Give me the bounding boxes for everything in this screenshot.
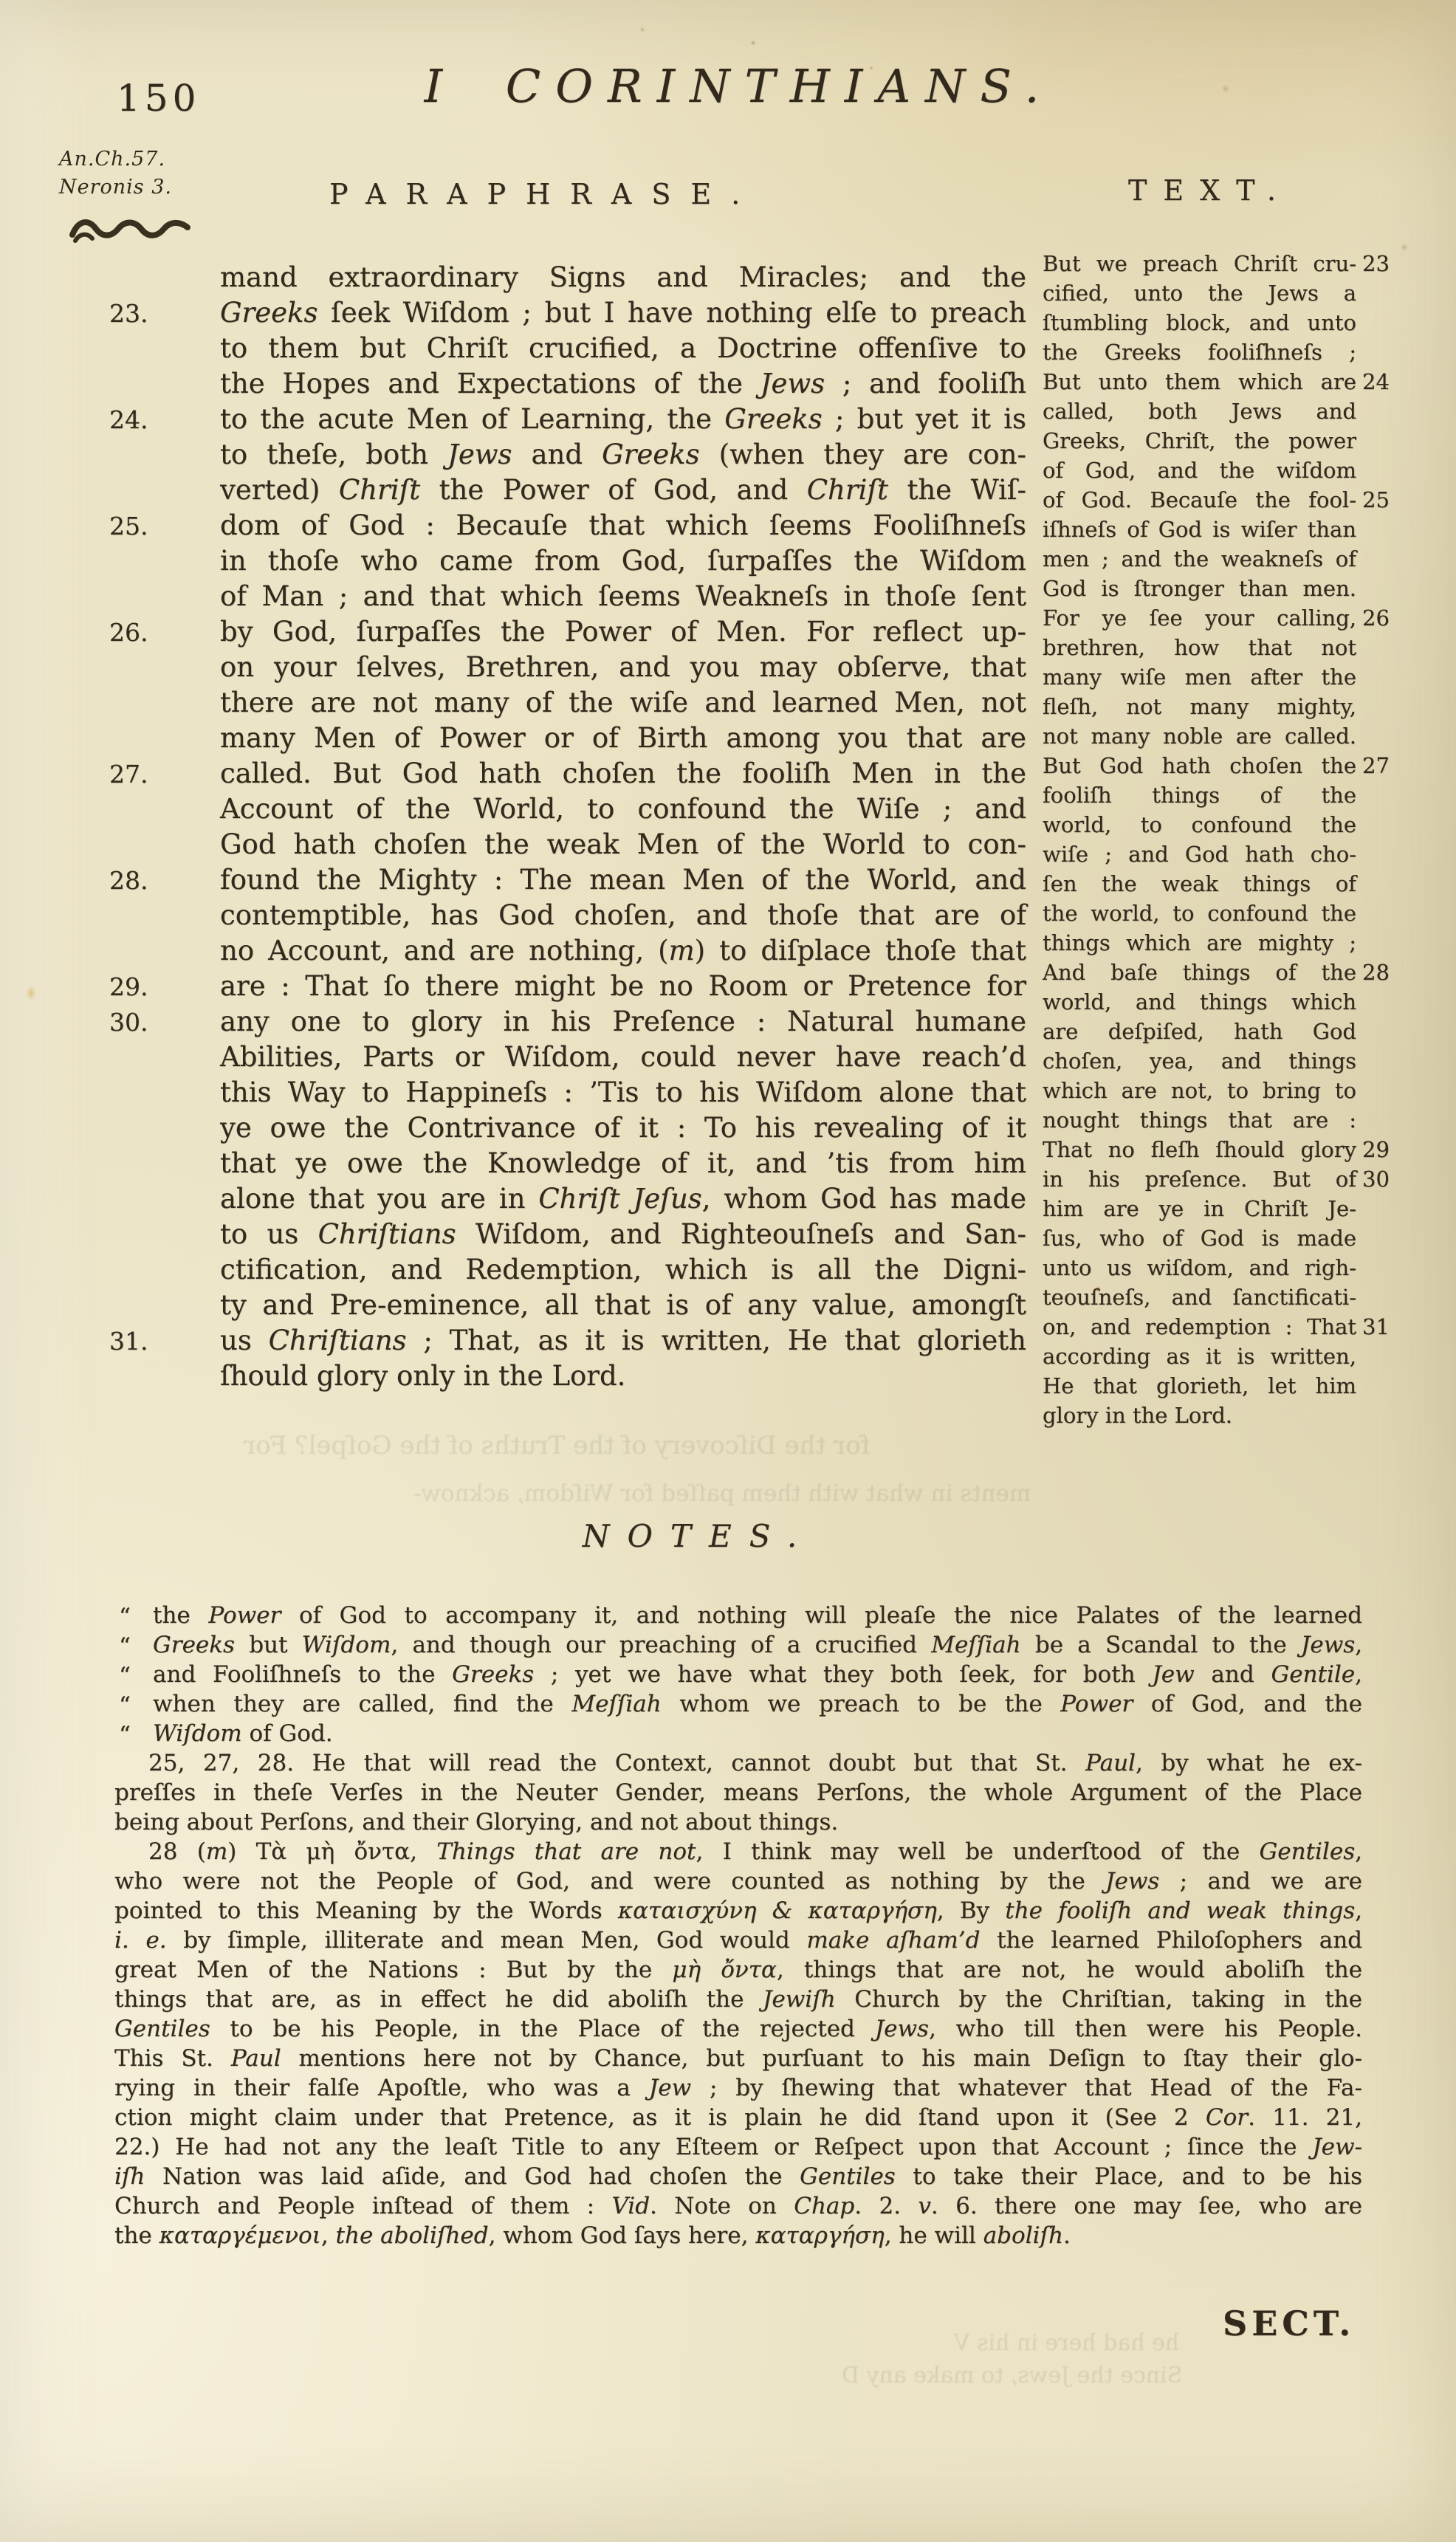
text-line: which are not, to bring to (1043, 1076, 1356, 1105)
verse-number: 28. (109, 863, 173, 899)
verse-number: 27 (1362, 751, 1390, 780)
paraphrase-line: 25.dom of God : Becauſe that which ſeems… (220, 508, 1026, 543)
note-line: preſſes in theſe Verſes in the Neuter Ge… (114, 1778, 1362, 1807)
paraphrase-line: contemptible, has God choſen, and thoſe … (220, 898, 1026, 933)
paraphrase-line: 23.Greeks ſeek Wiſdom ; but I have nothi… (220, 295, 1026, 331)
quote-mark: “ (119, 1661, 131, 1691)
text-line: of God. Becauſe the fool-25 (1043, 485, 1356, 515)
paraphrase-line: verted) Chriſt the Power of God, and Chr… (220, 473, 1026, 508)
paraphrase-line: ye owe the Contrivance of it : To his re… (220, 1110, 1026, 1146)
paraphrase-line: to theſe, both Jews and Greeks (when the… (220, 437, 1026, 473)
running-title: I CORINTHIANS. (22, 59, 1456, 113)
verse-number: 23 (1362, 249, 1390, 278)
paraphrase-line: to us Chriſtians Wiſdom, and Righteouſne… (220, 1217, 1026, 1252)
text-line: many wiſe men after the (1043, 662, 1356, 692)
verse-number: 27. (109, 757, 173, 792)
paraphrase-line: 31.us Chriſtians ; That, as it is writte… (220, 1323, 1026, 1358)
paraphrase-line: ty and Pre-eminence, all that is of any … (220, 1288, 1026, 1323)
text-line: God is ſtronger than men. (1043, 574, 1356, 603)
paraphrase-header: PARAPHRASE. (329, 178, 760, 210)
paraphrase-line: of Man ; and that which ſeems Weakneſs i… (220, 579, 1026, 614)
notes-header: NOTES. (0, 1518, 1397, 1554)
quote-mark: “ (119, 1691, 131, 1720)
note-line: “Greeks but Wiſdom, and though our preac… (153, 1630, 1362, 1660)
book-page: 150 I CORINTHIANS. An.Ch.57. Neronis 3. … (0, 0, 1456, 2542)
paraphrase-line: no Account, and are nothing, (m) to diſp… (220, 933, 1026, 969)
verse-number: 25. (109, 509, 173, 544)
note-line: 25, 27, 28. He that will read the Contex… (114, 1748, 1362, 1778)
paraphrase-line: ctification, and Redemption, which is al… (220, 1252, 1026, 1288)
notes-column: “the Power of God to accompany it, and n… (114, 1601, 1362, 2250)
showthrough-text: Since the Jews, to make any D (842, 2363, 1182, 2388)
paraphrase-line: that ye owe the Knowledge of it, and ’ti… (220, 1146, 1026, 1181)
marginal-date-line-1: An.Ch.57. (59, 148, 165, 171)
verse-number: 24 (1362, 367, 1390, 396)
text-line: cified, unto the Jews a (1043, 278, 1356, 308)
note-line: great Men of the Nations : But by the μὴ… (114, 1955, 1362, 1985)
paraphrase-line: many Men of Power or of Birth among you … (220, 721, 1026, 756)
text-line: not many noble are called. (1043, 721, 1356, 751)
note-line: i. e. by ſimple, illiterate and mean Men… (114, 1926, 1362, 1955)
verse-number: 26. (109, 615, 173, 650)
verse-number: 26 (1362, 603, 1390, 633)
text-line: the world, to confound the (1043, 899, 1356, 928)
note-line: “and Fooliſhneſs to the Greeks ; yet we … (153, 1660, 1362, 1689)
verse-number: 23. (109, 296, 173, 332)
text-line: ſen the weak things of (1043, 869, 1356, 899)
paraphrase-line: to them but Chriſt crucified, a Doctrine… (220, 331, 1026, 366)
text-line: the Greeks fooliſhneſs ; (1043, 337, 1356, 367)
text-line: And baſe things of the28 (1043, 958, 1356, 987)
note-line: Church and People inſtead of them : Vid.… (114, 2191, 1362, 2221)
paraphrase-line: in thoſe who came from God, ſurpaſſes th… (220, 543, 1026, 579)
text-line: That no fleſh ſhould glory29 (1043, 1135, 1356, 1164)
quote-mark: “ (119, 1602, 131, 1632)
paraphrase-line: the Hopes and Expectations of the Jews ;… (220, 366, 1026, 402)
note-line: pointed to this Meaning by the Words κατ… (114, 1896, 1362, 1926)
verse-number: 31. (109, 1324, 173, 1359)
note-line: the καταργέμενοι, the aboliſhed, whom Go… (114, 2221, 1362, 2250)
verse-number: 29 (1362, 1135, 1390, 1164)
text-line: Greeks, Chriſt, the power (1043, 426, 1356, 456)
text-line: unto us wiſdom, and righ- (1043, 1253, 1356, 1282)
text-line: fooliſh things of the (1043, 780, 1356, 810)
ornament-squiggle-icon (68, 213, 199, 247)
text-line: according as it is written, (1043, 1342, 1356, 1371)
verse-number: 29. (109, 969, 173, 1005)
text-line: things which are mighty ; (1043, 928, 1356, 958)
text-line: world, and things which (1043, 987, 1356, 1017)
paraphrase-line: 30.any one to glory in his Preſence : Na… (220, 1004, 1026, 1040)
text-line: choſen, yea, and things (1043, 1046, 1356, 1076)
marginal-date-line-2: Neronis 3. (59, 176, 172, 199)
text-line: brethren, how that not (1043, 633, 1356, 662)
text-column: But we preach Chriſt cru-23cified, unto … (1043, 249, 1356, 1430)
text-line: nought things that are : (1043, 1105, 1356, 1135)
showthrough-text: he had here in his V (954, 2330, 1179, 2356)
paraphrase-column: mand extraordinary Signs and Miracles; a… (220, 260, 1026, 1394)
paraphrase-line: 29.are : That ſo there might be no Room … (220, 969, 1026, 1004)
text-line: He that glorieth, let him (1043, 1371, 1356, 1401)
text-line: fleſh, not many mighty, (1043, 692, 1356, 721)
paraphrase-line: on your ſelves, Brethren, and you may ob… (220, 650, 1026, 685)
text-line: world, to confound the (1043, 810, 1356, 839)
text-line: But unto them which are24 (1043, 367, 1356, 396)
text-line: ſtumbling block, and unto (1043, 308, 1356, 337)
paraphrase-line: Account of the World, to confound the Wi… (220, 791, 1026, 827)
paraphrase-line: God hath choſen the weak Men of the Worl… (220, 827, 1026, 862)
note-line: This St. Paul mentions here not by Chanc… (114, 2044, 1362, 2073)
verse-number: 28 (1362, 958, 1390, 987)
paraphrase-line: there are not many of the wiſe and learn… (220, 685, 1026, 721)
showthrough-text: ments in what with them paſſed for Wiſdo… (413, 1480, 1031, 1507)
paraphrase-line: Abilities, Parts or Wiſdom, could never … (220, 1040, 1026, 1075)
paraphrase-line: alone that you are in Chriſt Jeſus, whom… (220, 1181, 1026, 1217)
text-line: For ye ſee your calling,26 (1043, 603, 1356, 633)
verse-number: 30. (109, 1005, 173, 1040)
paraphrase-line: this Way to Happineſs : ’Tis to his Wiſd… (220, 1075, 1026, 1110)
note-line: ction might claim under that Pretence, a… (114, 2103, 1362, 2132)
paraphrase-line: ſhould glory only in the Lord. (220, 1358, 1026, 1394)
note-line: things that are, as in effect he did abo… (114, 1985, 1362, 2014)
note-line: 22.) He had not any the leaſt Title to a… (114, 2132, 1362, 2162)
note-line: iſh Nation was laid aſide, and God had c… (114, 2162, 1362, 2191)
note-line: 28 (m) Τὰ μὴ ὄντα, Things that are not, … (114, 1837, 1362, 1866)
note-line: “the Power of God to accompany it, and n… (153, 1601, 1362, 1630)
note-line: who were not the People of God, and were… (114, 1866, 1362, 1896)
quote-mark: “ (119, 1720, 131, 1750)
text-line: in his preſence. But of30 (1043, 1164, 1356, 1194)
paraphrase-line: 27.called. But God hath choſen the fooli… (220, 756, 1026, 791)
text-line: him are ye in Chriſt Je- (1043, 1194, 1356, 1223)
text-line: iſhneſs of God is wiſer than (1043, 515, 1356, 544)
text-line: wiſe ; and God hath cho- (1043, 839, 1356, 869)
note-line: “Wiſdom of God. (153, 1719, 1362, 1748)
paraphrase-line: 28.found the Mighty : The mean Men of th… (220, 862, 1026, 898)
catchword: SECT. (1223, 2304, 1355, 2343)
verse-number: 30 (1362, 1164, 1390, 1194)
text-line: of God, and the wiſdom (1043, 456, 1356, 485)
showthrough-text: for the Diſcovery of the Truths of the G… (244, 1431, 870, 1460)
verse-number: 25 (1362, 485, 1390, 515)
text-line: teouſneſs, and ſanctificati- (1043, 1282, 1356, 1312)
paraphrase-line: mand extraordinary Signs and Miracles; a… (220, 260, 1026, 295)
quote-mark: “ (119, 1632, 131, 1661)
text-line: on, and redemption : That31 (1043, 1312, 1356, 1342)
text-header: TEXT. (1128, 174, 1292, 207)
note-line: Gentiles to be his People, in the Place … (114, 2014, 1362, 2044)
text-line: called, both Jews and (1043, 396, 1356, 426)
note-line: “when they are called, find the Meſſiah … (153, 1689, 1362, 1719)
paraphrase-line: 26.by God, ſurpaſſes the Power of Men. F… (220, 614, 1026, 650)
text-line: are deſpiſed, hath God (1043, 1017, 1356, 1046)
note-line: being about Perſons, and their Glorying,… (114, 1807, 1362, 1837)
text-line: But God hath choſen the27 (1043, 751, 1356, 780)
text-line: men ; and the weakneſs of (1043, 544, 1356, 574)
verse-number: 24. (109, 402, 173, 438)
text-line: glory in the Lord. (1043, 1401, 1356, 1430)
verse-number: 31 (1362, 1312, 1390, 1342)
text-line: But we preach Chriſt cru-23 (1043, 249, 1356, 278)
note-line: rying in their falſe Apoſtle, who was a … (114, 2073, 1362, 2103)
text-line: ſus, who of God is made (1043, 1223, 1356, 1253)
paraphrase-line: 24.to the acute Men of Learning, the Gre… (220, 402, 1026, 437)
